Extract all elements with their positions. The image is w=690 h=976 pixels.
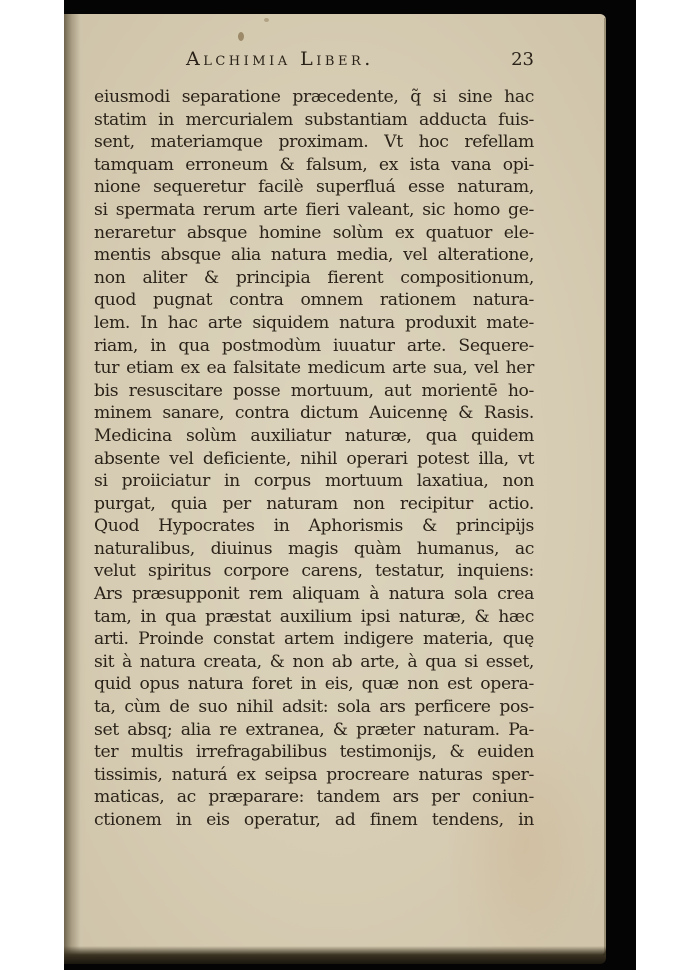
text-line: tam, in qua præstat auxilium ipsi naturæ… [94, 606, 534, 629]
text-line: bis resuscitare posse mortuum, aut morie… [94, 380, 534, 403]
text-line: set absq; alia re extranea, & præter nat… [94, 719, 534, 742]
text-line: minem sanare, contra dictum Auicennę & R… [94, 402, 534, 425]
text-line: sit à natura creata, & non ab arte, à qu… [94, 651, 534, 674]
text-line: purgat, quia per naturam non recipitur a… [94, 493, 534, 516]
ink-stain [238, 32, 244, 41]
text-line: si spermata rerum arte fieri valeant, si… [94, 199, 534, 222]
text-line: sent, materiamque proximam. Vt hoc refel… [94, 131, 534, 154]
gutter-shadow [64, 14, 86, 956]
text-line: velut spiritus corpore carens, testatur,… [94, 560, 534, 583]
text-line: Ars præsupponit rem aliquam à natura sol… [94, 583, 534, 606]
text-line: quod pugnat contra omnem rationem natura… [94, 289, 534, 312]
running-head: Alchimia Liber. 23 [118, 48, 538, 74]
text-line: si proiiciatur in corpus mortuum laxatiu… [94, 470, 534, 493]
text-line: tur etiam ex ea falsitate medicum arte s… [94, 357, 534, 380]
text-line: ctionem in eis operatur, ad finem tenden… [94, 809, 534, 832]
text-line: arti. Proinde constat artem indigere mat… [94, 628, 534, 651]
text-line: tamquam erroneum & falsum, ex ista vana … [94, 154, 534, 177]
page-number: 23 [511, 49, 534, 70]
text-line: Quod Hypocrates in Aphorismis & principi… [94, 515, 534, 538]
text-line: nione sequeretur facilè superfluá esse n… [94, 176, 534, 199]
text-line: quid opus natura foret in eis, quæ non e… [94, 673, 534, 696]
ink-stain [264, 18, 269, 22]
text-line: mentis absque alia natura media, vel alt… [94, 244, 534, 267]
text-line: absente vel deficiente, nihil operari po… [94, 448, 534, 471]
page-right-edge [604, 18, 606, 954]
text-line: statim in mercurialem substantiam adduct… [94, 109, 534, 132]
body-text: eiusmodi separatione præcedente, q̃ si s… [94, 86, 534, 832]
text-line: eiusmodi separatione præcedente, q̃ si s… [94, 86, 534, 109]
running-title: Alchimia Liber. [186, 48, 374, 70]
text-line: tissimis, naturá ex seipsa procreare nat… [94, 764, 534, 787]
text-line: riam, in qua postmodùm iuuatur arte. Seq… [94, 335, 534, 358]
text-line: ter multis irrefragabilibus testimonijs,… [94, 741, 534, 764]
text-line: naturalibus, diuinus magis quàm humanus,… [94, 538, 534, 561]
text-line: Medicina solùm auxiliatur naturæ, qua qu… [94, 425, 534, 448]
text-line: maticas, ac præparare: tandem ars per co… [94, 786, 534, 809]
text-line: non aliter & principia fierent compositi… [94, 267, 534, 290]
page-bottom-edge [64, 946, 606, 964]
text-line: ta, cùm de suo nihil adsit: sola ars per… [94, 696, 534, 719]
text-line: lem. In hac arte siquidem natura produxi… [94, 312, 534, 335]
text-line: neraretur absque homine solùm ex quatuor… [94, 222, 534, 245]
